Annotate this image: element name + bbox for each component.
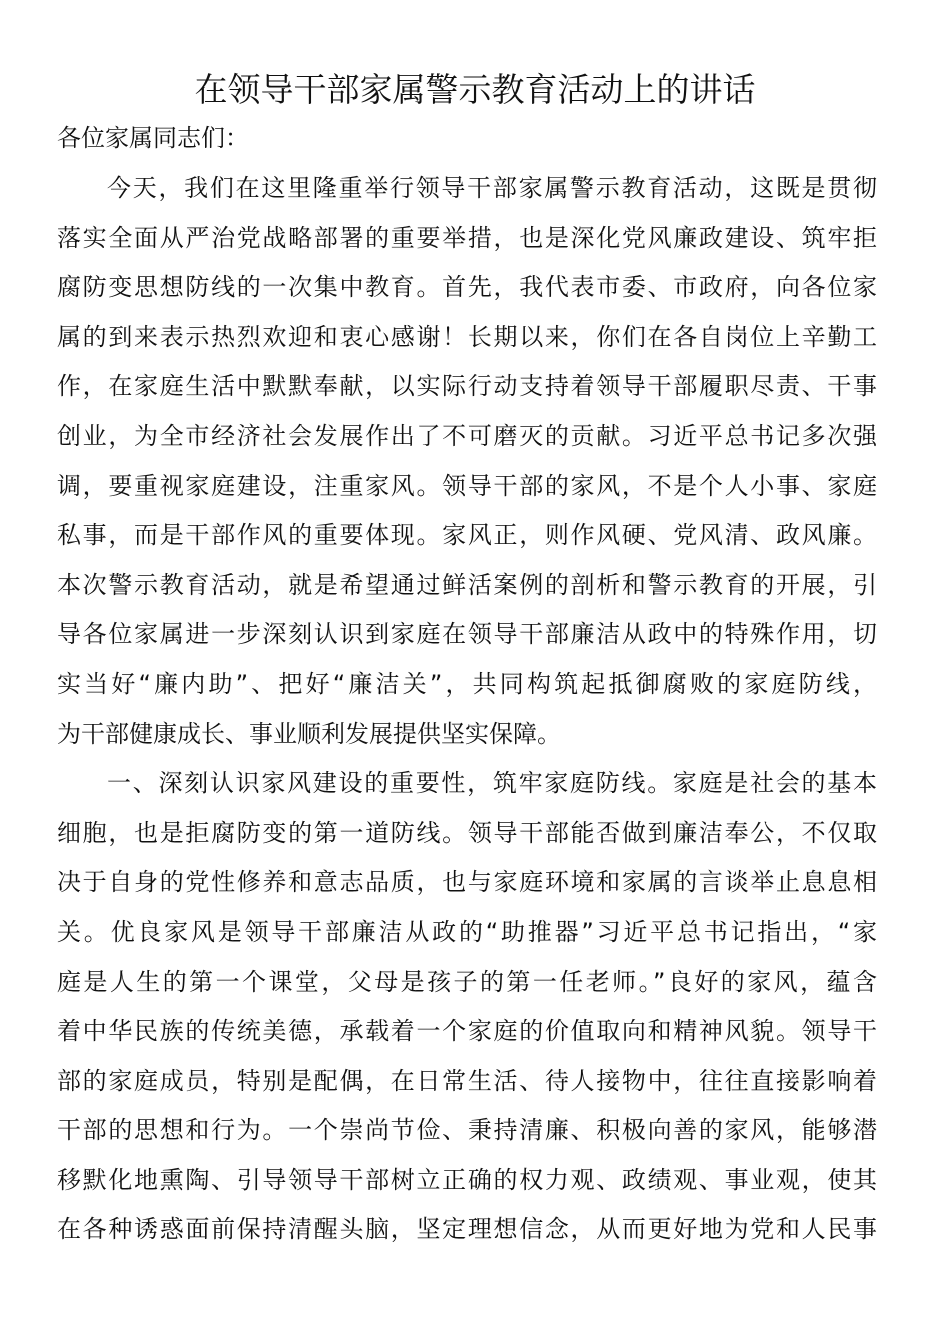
paragraph-1-line: 创业，为全市经济社会发展作出了不可磨灭的贡献。习近平总书记多次强 [57,418,877,468]
paragraph-1-line: 本次警示教育活动，就是希望通过鲜活案例的剖析和警示教育的开展，引 [57,567,877,617]
paragraph-1-line: 调，要重视家庭建设，注重家风。领导干部的家风，不是个人小事、家庭 [57,468,877,518]
salutation: 各位家属同志们： [57,120,249,156]
paragraph-1-line: 今天，我们在这里隆重举行领导干部家属警示教育活动，这既是贯彻 [57,170,877,220]
paragraph-1-line: 属的到来表示热烈欢迎和衷心感谢！长期以来，你们在各自岗位上辛勤工 [57,319,877,369]
paragraph-2-line: 着中华民族的传统美德，承载着一个家庭的价值取向和精神风貌。领导干 [57,1013,877,1063]
paragraph-1-line: 私事，而是干部作风的重要体现。家风正，则作风硬、党风清、政风廉。 [57,517,877,567]
paragraph-1-line: 导各位家属进一步深刻认识到家庭在领导干部廉洁从政中的特殊作用，切 [57,616,877,666]
paragraph-2-line: 关。优良家风是领导干部廉洁从政的“助推器”习近平总书记指出，“家 [57,914,877,964]
paragraph-1-line: 落实全面从严治党战略部署的重要举措，也是深化党风廉政建设、筑牢拒 [57,220,877,270]
paragraph-1-line: 为干部健康成长、事业顺利发展提供坚实保障。 [57,716,877,766]
document-title: 在领导干部家属警示教育活动上的讲话 [0,66,950,114]
document-page: 在领导干部家属警示教育活动上的讲话 各位家属同志们： 今天，我们在这里隆重举行领… [0,0,950,1344]
paragraph-1-line: 作，在家庭生活中默默奉献，以实际行动支持着领导干部履职尽责、干事 [57,368,877,418]
paragraph-2-line: 决于自身的党性修养和意志品质，也与家庭环境和家属的言谈举止息息相 [57,864,877,914]
paragraph-1-line: 腐防变思想防线的一次集中教育。首先，我代表市委、市政府，向各位家 [57,269,877,319]
paragraph-2-line: 移默化地熏陶、引导领导干部树立正确的权力观、政绩观、事业观，使其 [57,1162,877,1212]
paragraph-2-line: 庭是人生的第一个课堂，父母是孩子的第一任老师。”良好的家风，蕴含 [57,964,877,1014]
paragraph-2-line: 部的家庭成员，特别是配偶，在日常生活、待人接物中，往往直接影响着 [57,1063,877,1113]
paragraph-2-line: 一、深刻认识家风建设的重要性，筑牢家庭防线。家庭是社会的基本 [57,765,877,815]
document-body: 今天，我们在这里隆重举行领导干部家属警示教育活动，这既是贯彻 落实全面从严治党战… [57,170,877,1261]
paragraph-2-line: 在各种诱惑面前保持清醒头脑，坚定理想信念，从而更好地为党和人民事 [57,1211,877,1261]
paragraph-1-line: 实当好“廉内助”、把好“廉洁关”，共同构筑起抵御腐败的家庭防线， [57,666,877,716]
paragraph-2-line: 细胞，也是拒腐防变的第一道防线。领导干部能否做到廉洁奉公，不仅取 [57,815,877,865]
paragraph-2-line: 干部的思想和行为。一个崇尚节俭、秉持清廉、积极向善的家风，能够潜 [57,1112,877,1162]
